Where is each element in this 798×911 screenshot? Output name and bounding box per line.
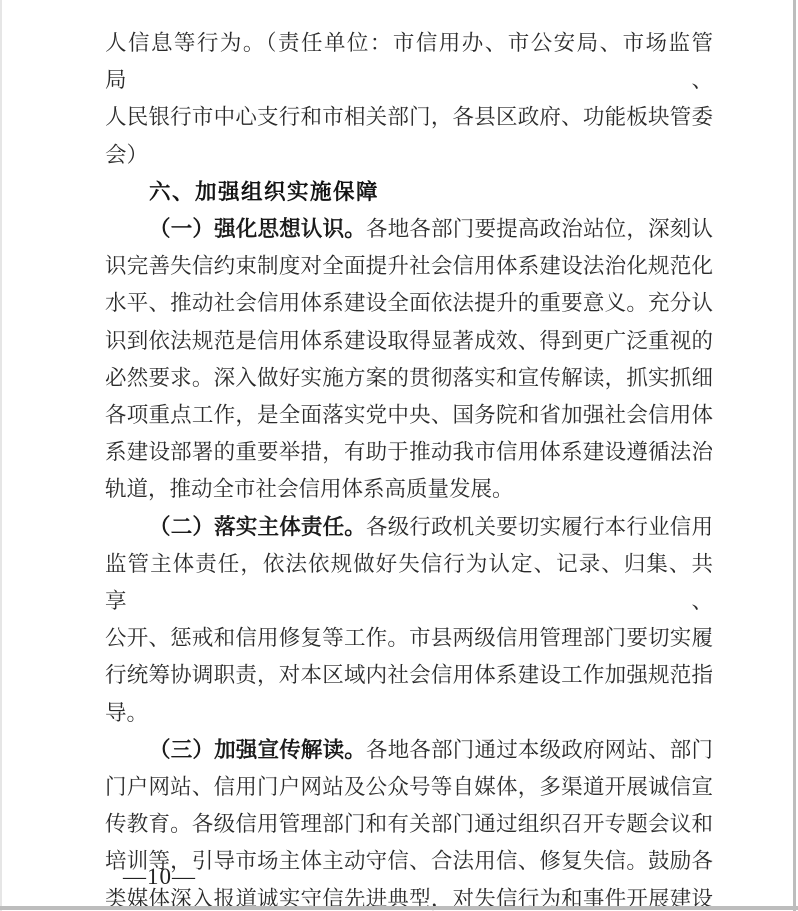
document-line: 人民银行市中心支行和市相关部门，各县区政府、功能板块管委 [105, 99, 713, 136]
document-line: 水平、推动社会信用体系建设全面依法提升的重要意义。充分认 [105, 285, 713, 322]
document-line: 行统筹协调职责，对本区域内社会信用体系建设工作加强规范指 [105, 657, 713, 694]
text-block: 人信息等行为。（责任单位：市信用办、市公安局、市场监管局、人民银行市中心支行和市… [105, 25, 713, 911]
document-line: （二）落实主体责任。各级行政机关要切实履行本行业信用 [105, 509, 713, 546]
document-line: 人信息等行为。（责任单位：市信用办、市公安局、市场监管局、 [105, 25, 713, 99]
document-line: 传教育。各级信用管理部门和有关部门通过组织召开专题会议和 [105, 806, 713, 843]
document-line: 导。 [105, 695, 713, 732]
section-heading: 六、加强组织实施保障 [105, 174, 713, 211]
document-line: 轨道，推动全市社会信用体系高质量发展。 [105, 471, 713, 508]
document-line: 系建设部署的重要举措，有助于推动我市信用体系建设遵循法治 [105, 434, 713, 471]
page-edge-left [0, 0, 2, 911]
document-line: 必然要求。深入做好实施方案的贯彻落实和宣传解读，抓实抓细 [105, 360, 713, 397]
page-edge-bottom [0, 906, 798, 910]
page-number: —10— [123, 864, 196, 890]
document-line: 识到依法规范是信用体系建设取得显著成效、得到更广泛重视的 [105, 323, 713, 360]
document-line: 识完善失信约束制度对全面提升社会信用体系建设法治化规范化 [105, 248, 713, 285]
page-edge-right [793, 0, 796, 911]
document-line: （一）强化思想认识。各地各部门要提高政治站位，深刻认 [105, 211, 713, 248]
paragraph-lead: （三）加强宣传解读。 [149, 738, 366, 762]
document-line: （三）加强宣传解读。各地各部门通过本级政府网站、部门 [105, 732, 713, 769]
document-line: 会） [105, 137, 713, 174]
document-line: 监管主体责任，依法依规做好失信行为认定、记录、归集、共享、 [105, 546, 713, 620]
document-line: 各项重点工作，是全面落实党中央、国务院和省加强社会信用体 [105, 397, 713, 434]
document-line: 门户网站、信用门户网站及公众号等自媒体，多渠道开展诚信宣 [105, 769, 713, 806]
document-line: 培训等，引导市场主体主动守信、合法用信、修复失信。鼓励各 [105, 843, 713, 880]
document-page: 人信息等行为。（责任单位：市信用办、市公安局、市场监管局、人民银行市中心支行和市… [0, 0, 798, 911]
paragraph-lead: （一）强化思想认识。 [149, 217, 366, 241]
paragraph-lead: （二）落实主体责任。 [149, 515, 366, 539]
document-line: 公开、惩戒和信用修复等工作。市县两级信用管理部门要切实履 [105, 620, 713, 657]
